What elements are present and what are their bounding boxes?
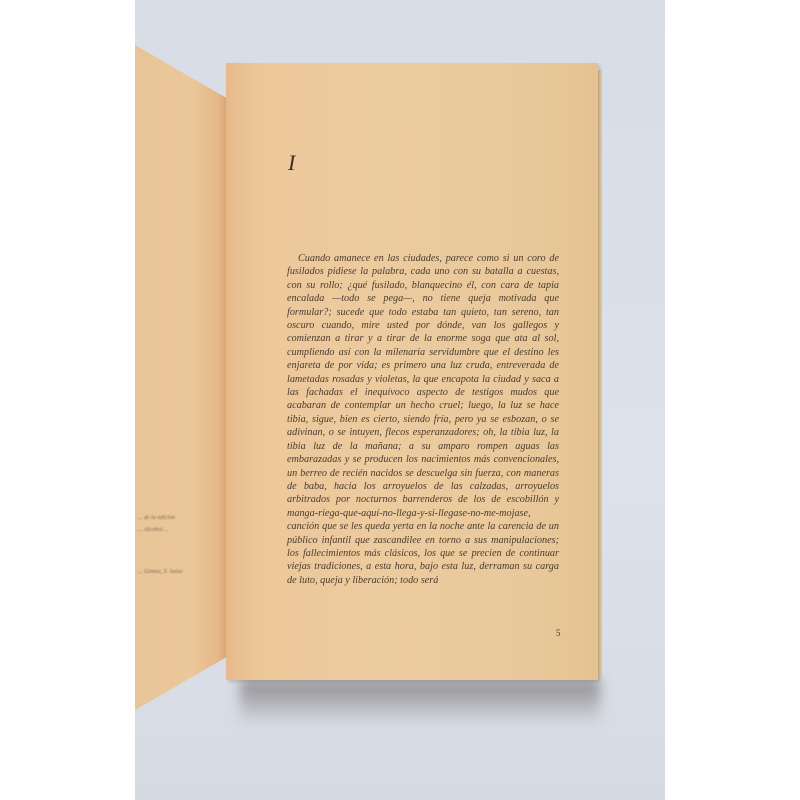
- left-page-fragment: ... Alcohol ...: [138, 527, 169, 533]
- left-page-fragment: ... Gómez, S. Salas: [138, 569, 183, 575]
- book-shadow: [240, 680, 600, 725]
- left-page-fragment: ... de la edición: [138, 515, 175, 521]
- left-page: [135, 45, 227, 710]
- body-paragraph: Cuando amanece en las ciudades, parece c…: [287, 252, 559, 587]
- chapter-number: I: [288, 150, 295, 176]
- page-number: 5: [556, 628, 561, 638]
